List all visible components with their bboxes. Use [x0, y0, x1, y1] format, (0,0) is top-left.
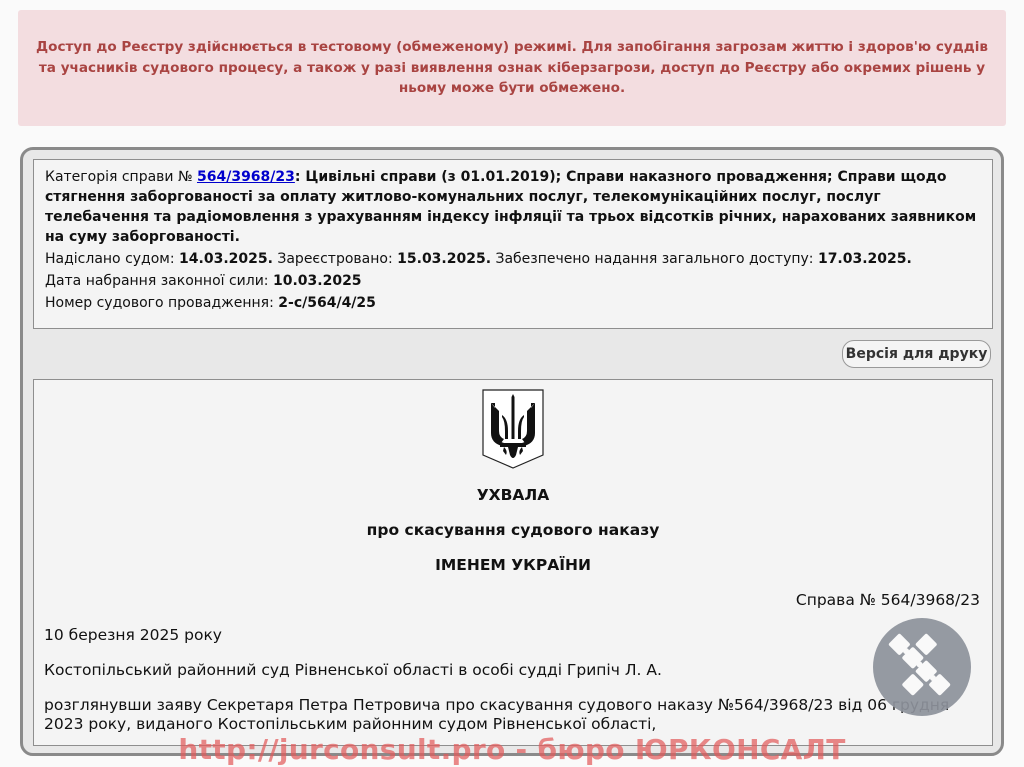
force-label: Дата набрання законної сили:: [45, 273, 273, 289]
access-label: Забезпечено надання загального доступу:: [491, 251, 818, 267]
case-number-text: Справа № 564/3968/23: [796, 591, 980, 609]
case-category: Категорія справи № 564/3968/23: Цивільні…: [45, 167, 981, 247]
court-composition: Костопільський районний суд Рівненської …: [44, 661, 980, 680]
proceeding-number: Номер судового провадження: 2-с/564/4/25: [45, 293, 981, 313]
case-info-panel: Категорія справи № 564/3968/23: Цивільні…: [33, 159, 993, 329]
category-label: Категорія справи №: [45, 169, 197, 185]
print-version-button[interactable]: Версія для друку: [842, 340, 991, 368]
decision-body-paragraph: розглянувши заяву Секретаря Петра Петров…: [44, 696, 980, 734]
coat-of-arms-icon: [482, 389, 544, 469]
sent-value: 14.03.2025.: [179, 251, 273, 267]
decision-frame: Категорія справи № 564/3968/23: Цивільні…: [20, 147, 1004, 756]
sent-label: Надіслано судом:: [45, 251, 179, 267]
case-dates: Надіслано судом: 14.03.2025. Зареєстрова…: [45, 249, 981, 269]
registered-value: 15.03.2025.: [397, 251, 491, 267]
decision-heading: ІМЕНЕМ УКРАЇНИ: [34, 556, 992, 574]
decision-subtitle: про скасування судового наказу: [34, 521, 992, 539]
legal-force-date: Дата набрання законної сили: 10.03.2025: [45, 271, 981, 291]
proceeding-value: 2-с/564/4/25: [278, 295, 376, 311]
force-value: 10.03.2025: [273, 273, 362, 289]
proceeding-label: Номер судового провадження:: [45, 295, 278, 311]
case-number-link[interactable]: 564/3968/23: [197, 169, 295, 185]
registered-label: Зареєстровано:: [273, 251, 397, 267]
access-warning-banner: Доступ до Реєстру здійснюється в тестово…: [18, 10, 1006, 126]
decision-date: 10 березня 2025 року: [44, 626, 980, 645]
decision-type-title: УХВАЛА: [34, 486, 992, 504]
access-warning-text: Доступ до Реєстру здійснюється в тестово…: [34, 37, 990, 99]
access-value: 17.03.2025.: [818, 251, 912, 267]
decision-document: УХВАЛА про скасування судового наказу ІМ…: [33, 379, 993, 746]
puzzle-badge-icon: [872, 617, 972, 717]
